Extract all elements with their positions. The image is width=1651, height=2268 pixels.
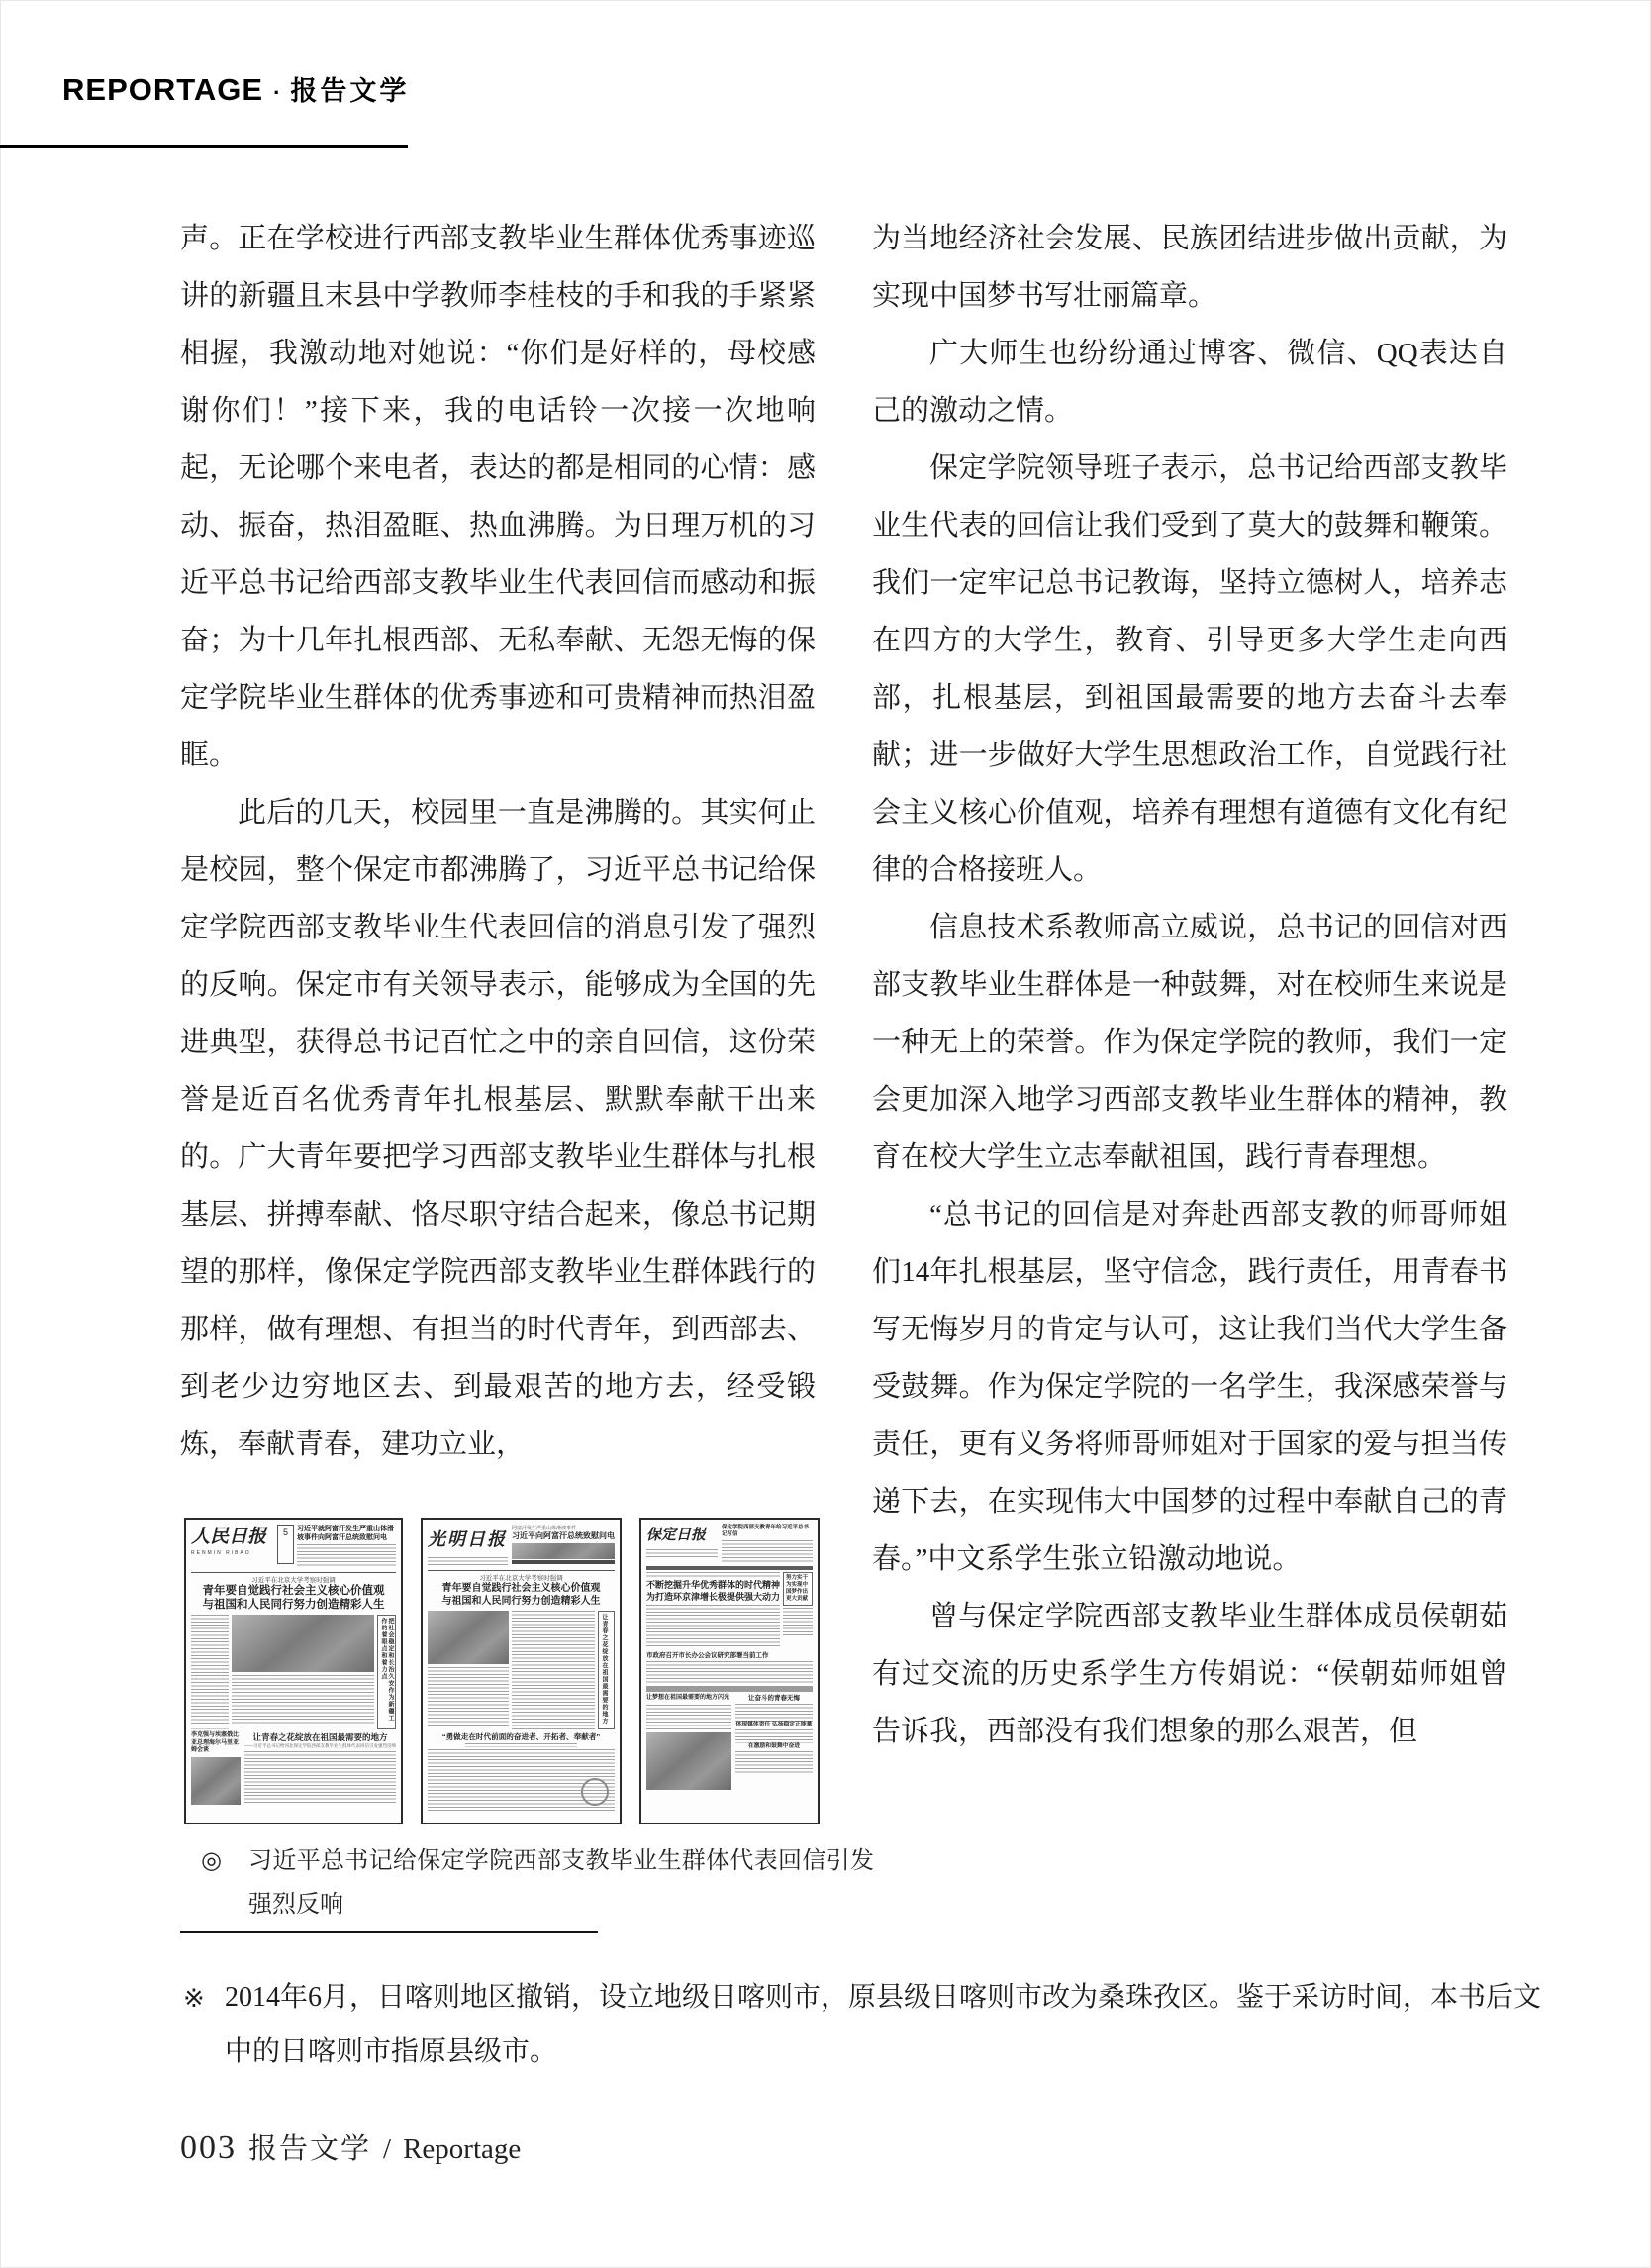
book-page: { "header": { "label_en": "REPORTAGE", "… (0, 0, 1651, 2268)
kicker: 习近平在北京大学考察时强调 (428, 1573, 615, 1582)
section-header-zh: 报告文学 (290, 69, 409, 108)
main-headline-line2: 与祖国和人民同行努力创造精彩人生 (428, 1595, 615, 1608)
figure-caption: ◎ 习近平总书记给保定学院西部支教毕业生群体代表回信引发强烈反响 (201, 1839, 874, 1926)
main-headline-line1: 青年要自觉践行社会主义核心价值观 (428, 1582, 615, 1595)
paragraph: 声。正在学校进行西部支教毕业生群体优秀事迹巡讲的新疆且末县中学教师李桂枝的手和我… (180, 210, 816, 784)
paragraph: 信息技术系教师高立威说，总书记的回信对西部支教毕业生群体是一种鼓舞，对在校师生来… (872, 899, 1507, 1186)
side-vertical-headline: 把社会稳定和长治久安作为新疆工作的着眼点和着力点 (379, 1618, 393, 1725)
mid-story: 市政府召开市长办公会议研究部署当前工作 (646, 1650, 813, 1683)
top-headline: 习近平就阿富汗发生严重山体滑坡事件向阿富汗总统致慰问电 (297, 1525, 396, 1542)
paragraph: 广大师生也纷纷通过博客、微信、QQ表达自己的激动之情。 (872, 325, 1507, 440)
newspaper-masthead: 人民日报 (191, 1525, 274, 1550)
pseudo-text (191, 1615, 229, 1729)
main-headline-line2: 与祖国和人民同行努力创造精彩人生 (191, 1598, 396, 1612)
side-box: 努力实干为实现中国梦作出更大贡献 (783, 1572, 813, 1648)
pseudo-text (297, 1544, 396, 1566)
bottom-story: “勇做走在时代前面的奋进者、开拓者、奉献者” (428, 1732, 615, 1811)
footer-section-en: Reportage (403, 2133, 521, 2166)
figure-caption-text: 习近平总书记给保定学院西部支教毕业生群体代表回信引发强烈反响 (248, 1848, 874, 1918)
crowd-photo (428, 1611, 509, 1664)
section-header-en: REPORTAGE (62, 72, 263, 108)
newspaper-baoding-ribao: 保定日报 保定学院西部支教青年给习近平总书记写信 不断挖掘升华优秀群体的时代精神… (639, 1518, 820, 1824)
divider (191, 1572, 396, 1573)
pseudo-text (646, 1661, 813, 1683)
bottom-headline: “勇做走在时代前面的奋进者、开拓者、奉献者” (428, 1732, 615, 1742)
masthead-block: 保定日报 (646, 1525, 718, 1564)
footer-section-zh: 报告文学 (248, 2126, 371, 2167)
top-story: 习近平就阿富汗发生严重山体滑坡事件向阿富汗总统致慰问电 (297, 1525, 396, 1570)
section-header-separator: · (273, 80, 280, 106)
footnote: ※ 2014年6月，日喀则地区撤销，设立地级日喀则市，原县级日喀则市改为桑珠孜区… (183, 1970, 1541, 2079)
paragraph: 为当地经济社会发展、民族团结进步做出贡献，为实现中国梦书写壮丽篇章。 (872, 210, 1507, 325)
top-headline: 保定学院西部支教青年给习近平总书记写信 (722, 1525, 813, 1538)
side-column: 让青春之花绽放在祖国最需要的地方 (598, 1611, 615, 1729)
footnote-marker: ※ (183, 1971, 205, 2025)
main-headline-line1: 青年要自觉践行社会主义核心价值观 (191, 1584, 396, 1598)
lead-story: 不断挖掘升华优秀群体的时代精神 为打造环京津增长极提供强大动力 (646, 1572, 780, 1648)
top-kicker: 阿富汗发生严重山体滑坡事件 (512, 1525, 615, 1531)
mid-headline: 市政府召开市长办公会议研究部署当前工作 (646, 1650, 813, 1659)
paragraph: 保定学院领导班子表示，总书记给西部支教毕业生代表的回信让我们受到了莫大的鼓舞和鞭… (872, 440, 1507, 899)
lower-right-story: 让奋斗的青春无悔 体现媒体责任 弘扬稳定正能量 在激励和鼓舞中奋进 (735, 1695, 813, 1798)
bottom-subhead: ——习近平总书记给河北保定学院西部支教毕业生群体代表回信引发强烈反响 (244, 1743, 396, 1749)
newspaper-stamp (581, 1778, 609, 1806)
crowd-photo (232, 1615, 374, 1672)
newspaper-renmin-ribao: 人民日报 RENMIN RIBAO 5 习近平就阿富汗发生严重山体滑坡事件向阿富… (184, 1518, 403, 1824)
side-box-headline: 努力实干为实现中国梦作出更大贡献 (783, 1572, 813, 1606)
paragraph: 此后的几天，校园里一直是沸腾的。其实何止是校园，整个保定市都沸腾了，习近平总书记… (180, 784, 816, 1473)
paragraph: 曾与保定学院西部支教毕业生群体成员侯朝茹有过交流的历史系学生方传娟说：“侯朝茹师… (872, 1588, 1507, 1760)
newspaper-masthead: 光明日报 (428, 1525, 508, 1554)
pseudo-text (512, 1611, 595, 1729)
paragraph: “总书记的回信是对奔赴西部支教的师哥师姐们14年扎根基层，坚守信念，践行责任，用… (872, 1186, 1507, 1588)
top-story: 阿富汗发生严重山体滑坡事件 习近平向阿富汗总统致慰问电 (512, 1525, 615, 1568)
pseudo-text (783, 1608, 813, 1637)
pseudo-text (735, 1751, 813, 1773)
news-photo (512, 1543, 615, 1559)
top-story: 保定学院西部支教青年给习近平总书记写信 (722, 1525, 813, 1564)
lower-right-headline: 让奋斗的青春无悔 (735, 1695, 813, 1703)
pseudo-text (646, 1549, 718, 1559)
page-footer: 003 报告文学 / Reportage (180, 2126, 521, 2167)
side-vertical-headline: 让青春之花绽放在祖国最需要的地方 (600, 1614, 607, 1725)
bottom-headline: 让青春之花绽放在祖国最需要的地方 (244, 1732, 396, 1743)
divider (428, 1570, 615, 1571)
top-headline: 习近平向阿富汗总统致慰问电 (512, 1531, 615, 1541)
pseudo-text (428, 1667, 509, 1726)
pseudo-text (646, 1572, 780, 1579)
footnote-text: 2014年6月，日喀则地区撤销，设立地级日喀则市，原县级日喀则市改为桑珠孜区。鉴… (225, 1982, 1541, 2067)
right-column: 为当地经济社会发展、民族团结进步做出贡献，为实现中国梦书写壮丽篇章。 广大师生也… (872, 210, 1507, 1760)
kicker: 习近平在北京大学考察时强调 (191, 1575, 396, 1584)
newspaper-guangming-ribao: 光明日报 阿富汗发生严重山体滑坡事件 习近平向阿富汗总统致慰问电 习近平在北京大… (421, 1518, 622, 1824)
pseudo-text (465, 1743, 577, 1747)
pseudo-text (244, 1751, 396, 1805)
center-cell (232, 1615, 374, 1729)
pseudo-text (232, 1675, 374, 1726)
small-headline-1: 体现媒体责任 弘扬稳定正能量 (735, 1722, 813, 1728)
airplane-photo (191, 1757, 241, 1805)
header-rule (0, 145, 408, 148)
caption-bar (512, 1560, 615, 1564)
main-headline-line1: 不断挖掘升华优秀群体的时代精神 (646, 1579, 780, 1591)
newspaper-masthead: 保定日报 (646, 1525, 718, 1546)
banner-strip (646, 1686, 813, 1692)
masthead-pinyin: RENMIN RIBAO (191, 1550, 274, 1556)
bottom-left-headline: 李克强与埃塞俄比亚总理海尔马里亚姆会谈 (191, 1732, 241, 1755)
caption-marker: ◎ (201, 1839, 222, 1883)
lower-left-headline: 让梦想在祖国最需要的地方闪光 (646, 1695, 731, 1703)
pseudo-text (646, 1705, 731, 1730)
info-bar (646, 1566, 813, 1570)
date-box: 5 (277, 1525, 294, 1564)
pseudo-text (735, 1704, 813, 1722)
masthead-block: 光明日报 (428, 1525, 508, 1568)
students-photo (646, 1732, 731, 1790)
bottom-left-story: 李克强与埃塞俄比亚总理海尔马里亚姆会谈 (191, 1732, 241, 1812)
footnote-rule (180, 1931, 598, 1933)
lower-left-story: 让梦想在祖国最需要的地方闪光 (646, 1695, 731, 1798)
pseudo-text (428, 1557, 508, 1565)
pseudo-text (735, 1729, 813, 1743)
side-column: 把社会稳定和长治久安作为新疆工作的着眼点和着力点 (377, 1615, 396, 1729)
masthead-block: 人民日报 RENMIN RIBAO (191, 1525, 274, 1570)
left-cell (428, 1611, 509, 1729)
pseudo-text (646, 1605, 780, 1648)
page-number: 003 (180, 2129, 237, 2167)
pseudo-text (722, 1540, 813, 1562)
section-header: REPORTAGE · 报告文学 (62, 69, 409, 108)
small-headline-2: 在激励和鼓舞中奋进 (735, 1743, 813, 1750)
figure-newspaper-strip: 人民日报 RENMIN RIBAO 5 习近平就阿富汗发生严重山体滑坡事件向阿富… (184, 1518, 820, 1824)
footer-divider: / (383, 2133, 391, 2166)
bottom-right-story: 让青春之花绽放在祖国最需要的地方 ——习近平总书记给河北保定学院西部支教毕业生群… (244, 1732, 396, 1812)
main-headline-line2: 为打造环京津增长极提供强大动力 (646, 1591, 780, 1603)
